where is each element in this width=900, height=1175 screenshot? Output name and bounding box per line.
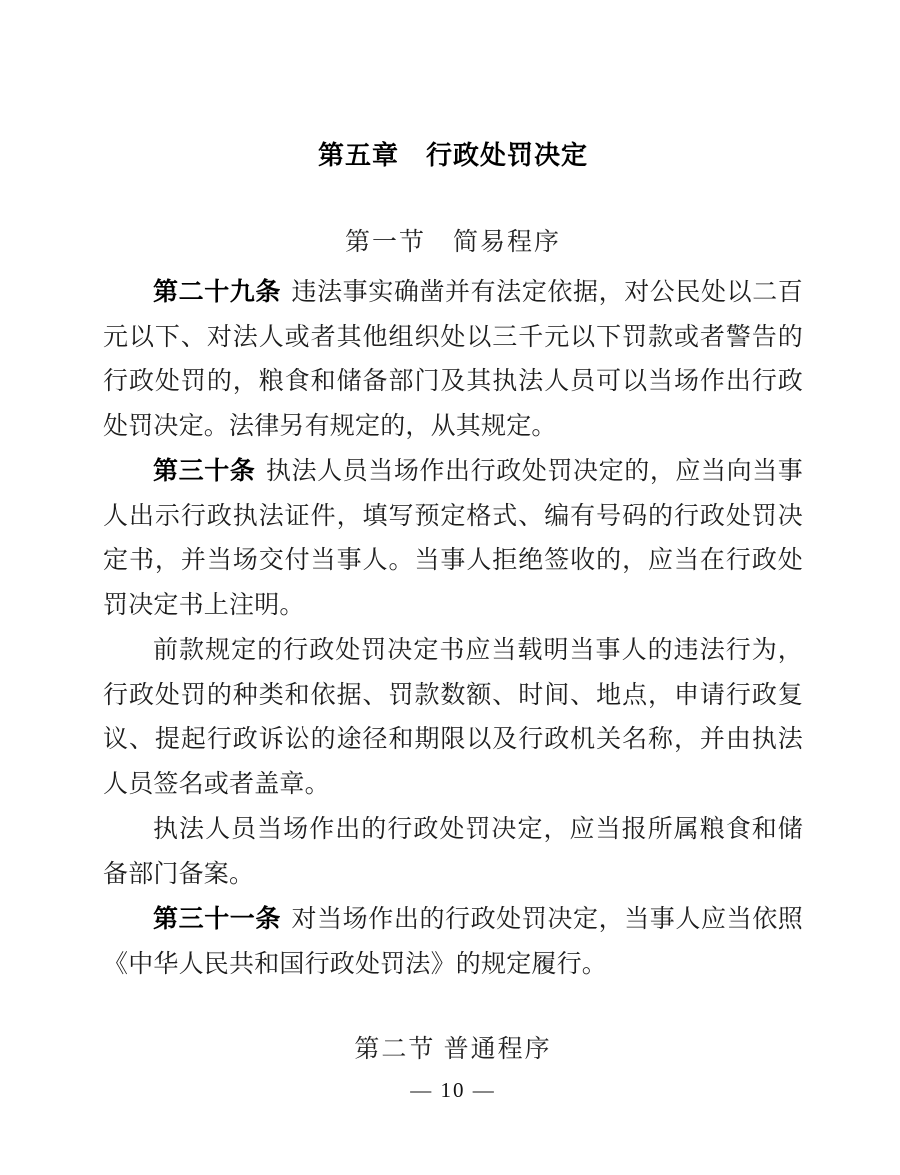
- article-number: 第三十条: [153, 457, 255, 485]
- document-content: 第五章 行政处罚决定 第一节 简易程序 第二十九条违法事实确凿并有法定依据，对公…: [0, 0, 900, 1103]
- article-text-block: 第二十九条违法事实确凿并有法定依据，对公民处以二百元以下、对法人或者其他组织处以…: [103, 270, 803, 987]
- paragraph-article-30-clause-3: 执法人员当场作出的行政处罚决定，应当报所属粮食和储备部门备案。: [103, 807, 803, 897]
- document-page: 第五章 行政处罚决定 第一节 简易程序 第二十九条违法事实确凿并有法定依据，对公…: [0, 0, 900, 1175]
- article-number: 第三十一条: [153, 905, 281, 933]
- chapter-heading: 第五章 行政处罚决定: [103, 0, 803, 170]
- article-number: 第二十九条: [153, 278, 281, 306]
- paragraph-article-31: 第三十一条对当场作出的行政处罚决定，当事人应当依照《中华人民共和国行政处罚法》的…: [103, 897, 803, 987]
- page-number: — 10 —: [103, 1077, 803, 1103]
- section-heading-ordinary-procedure: 第二节 普通程序: [103, 1035, 803, 1065]
- paragraph-article-29: 第二十九条违法事实确凿并有法定依据，对公民处以二百元以下、对法人或者其他组织处以…: [103, 270, 803, 449]
- paragraph-article-30: 第三十条执法人员当场作出行政处罚决定的，应当向当事人出示行政执法证件，填写预定格…: [103, 449, 803, 628]
- paragraph-article-30-clause-2: 前款规定的行政处罚决定书应当载明当事人的违法行为，行政处罚的种类和依据、罚款数额…: [103, 628, 803, 807]
- paragraph-text: 执法人员当场作出的行政处罚决定，应当报所属粮食和储备部门备案。: [103, 816, 803, 888]
- section-heading-simple-procedure: 第一节 简易程序: [103, 228, 803, 258]
- paragraph-text: 前款规定的行政处罚决定书应当载明当事人的违法行为，行政处罚的种类和依据、罚款数额…: [103, 637, 803, 798]
